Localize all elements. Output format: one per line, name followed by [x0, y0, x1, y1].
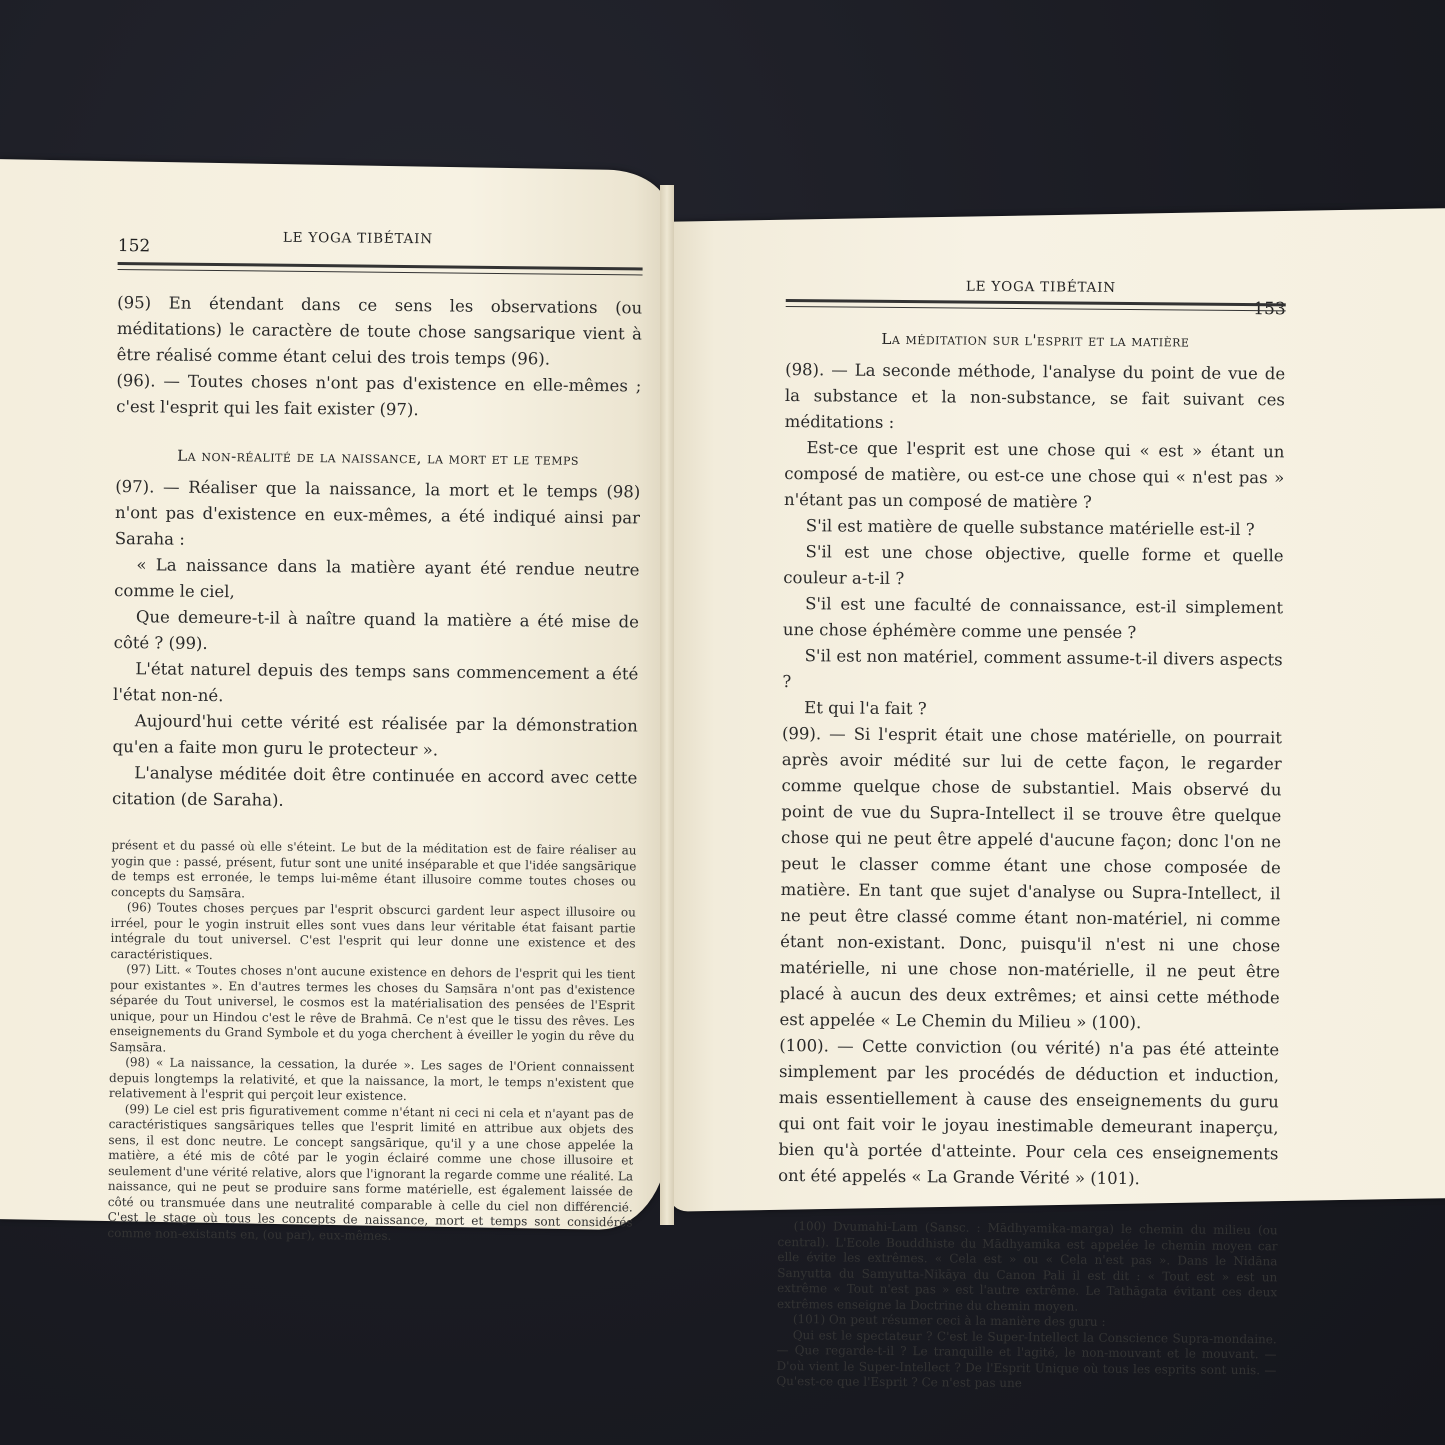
- paragraph: (96). — Toutes choses n'ont pas d'existe…: [116, 368, 642, 425]
- paragraph: (99). — Si l'esprit était une chose maté…: [779, 721, 1282, 1037]
- header-rule-right: [786, 299, 1286, 311]
- footnote: (99) Le ciel est pris figurativement com…: [107, 1101, 633, 1246]
- paragraph: (97). — Réaliser que la naissance, la mo…: [115, 474, 641, 557]
- footnote: (97) Litt. « Toutes choses n'ont aucune …: [109, 962, 635, 1060]
- page-number-left: 152: [118, 236, 151, 256]
- left-body-text: (95) En étendant dans ce sens les observ…: [116, 290, 642, 425]
- paragraph: (95) En étendant dans ce sens les observ…: [117, 290, 643, 373]
- running-title-left: LE YOGA TIBÉTAIN: [283, 230, 433, 248]
- left-running-head: 152 LE YOGA TIBÉTAIN: [118, 228, 643, 273]
- paragraph: L'analyse méditée doit être continuée en…: [112, 760, 638, 817]
- quote-line: Que demeure-t-il à naître quand la matiè…: [114, 604, 640, 661]
- right-page-content: LE YOGA TIBÉTAIN 153 La méditation sur l…: [776, 275, 1286, 1394]
- header-rule-left: [118, 262, 643, 275]
- quote-line: « La naissance dans la matière ayant été…: [114, 552, 640, 609]
- running-title-right: LE YOGA TIBÉTAIN: [966, 279, 1116, 296]
- footnote: (96) Toutes choses perçues par l'esprit …: [110, 900, 636, 967]
- book-gutter: [660, 185, 674, 1225]
- right-footnotes: (100) Dvumahi-Lam (Sansc. : Mādhyamika-m…: [776, 1219, 1277, 1394]
- left-page-content: 152 LE YOGA TIBÉTAIN (95) En étendant da…: [107, 228, 643, 1246]
- left-body-text-2: (97). — Réaliser que la naissance, la mo…: [112, 474, 641, 817]
- quote-line: Aujourd'hui cette vérité est réalisée pa…: [112, 708, 638, 765]
- paragraph: (100). — Cette conviction (ou vérité) n'…: [778, 1033, 1279, 1193]
- left-footnotes: présent et du passé où elle s'éteint. Le…: [107, 838, 636, 1246]
- paragraph: (98). — La seconde méthode, l'analyse du…: [785, 357, 1286, 439]
- right-body-text: (98). — La seconde méthode, l'analyse du…: [778, 357, 1285, 1193]
- section-heading-right: La méditation sur l'esprit et la matière: [785, 329, 1285, 351]
- question-line: S'il est une chose objective, quelle for…: [783, 539, 1283, 595]
- question-line: Est-ce que l'esprit est une chose qui « …: [784, 435, 1285, 517]
- section-heading-left: La non-réalité de la naissance, la mort …: [116, 446, 641, 469]
- footnote: (100) Dvumahi-Lam (Sansc. : Mādhyamika-m…: [777, 1219, 1278, 1316]
- quote-line: L'état naturel depuis des temps sans com…: [113, 656, 639, 713]
- question-line: S'il est une faculté de connaissance, es…: [783, 591, 1283, 647]
- footnote: Qui est le spectateur ? C'est le Super-I…: [776, 1327, 1277, 1393]
- right-running-head: LE YOGA TIBÉTAIN 153: [786, 275, 1286, 319]
- footnote: présent et du passé où elle s'éteint. Le…: [111, 838, 637, 905]
- footnote: (98) « La naissance, la cessation, la du…: [109, 1055, 634, 1107]
- question-line: S'il est non matériel, comment assume-t-…: [782, 643, 1282, 699]
